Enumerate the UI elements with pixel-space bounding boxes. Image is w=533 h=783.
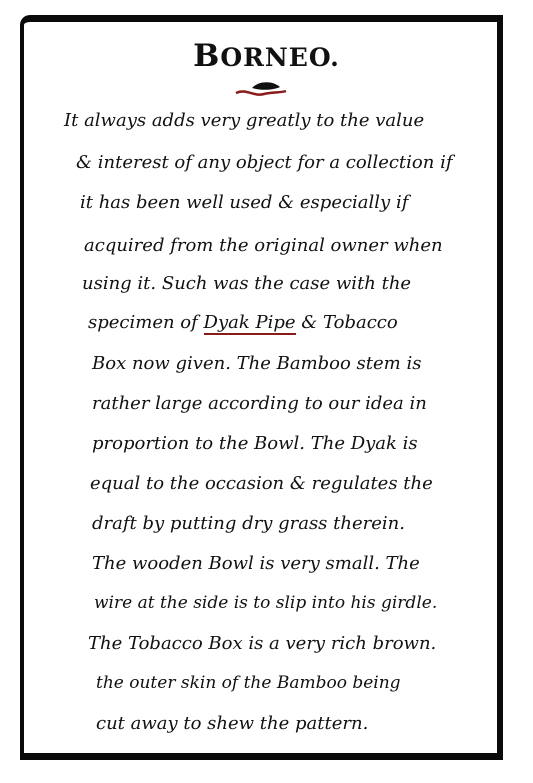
text-line-4: acquired from the original owner when (84, 235, 443, 256)
title-rest: ORNEO. (220, 43, 339, 72)
text-line-5: using it. Such was the case with the (82, 273, 411, 294)
dyak-pipe-underlined: Dyak Pipe (204, 312, 296, 335)
specimen-text: specimen of (88, 312, 198, 333)
title-initial: B (193, 38, 220, 74)
text-line-14: The Tobacco Box is a very rich brown. (88, 633, 436, 654)
text-line-2: & interest of any object for a collectio… (76, 152, 453, 173)
text-line-6: specimen of Dyak Pipe & Tobacco (88, 312, 398, 333)
text-line-9: proportion to the Bowl. The Dyak is (92, 433, 418, 454)
text-line-7: Box now given. The Bamboo stem is (92, 353, 421, 374)
text-line-15: the outer skin of the Bamboo being (96, 673, 401, 693)
text-line-10: equal to the occasion & regulates the (90, 473, 433, 494)
tobacco-text: & Tobacco (301, 312, 397, 333)
text-line-8: rather large according to our idea in (92, 393, 427, 414)
text-line-12: The wooden Bowl is very small. The (92, 553, 420, 574)
page-title: BORNEO. (0, 38, 533, 74)
text-line-11: draft by putting dry grass therein. (92, 513, 405, 534)
text-line-16: cut away to shew the pattern. (96, 713, 368, 734)
leaf-ornament-icon (232, 78, 292, 100)
text-line-1: It always adds very greatly to the value (64, 110, 424, 131)
text-line-3: it has been well used & especially if (80, 192, 408, 213)
text-line-13: wire at the side is to slip into his gir… (94, 593, 437, 613)
